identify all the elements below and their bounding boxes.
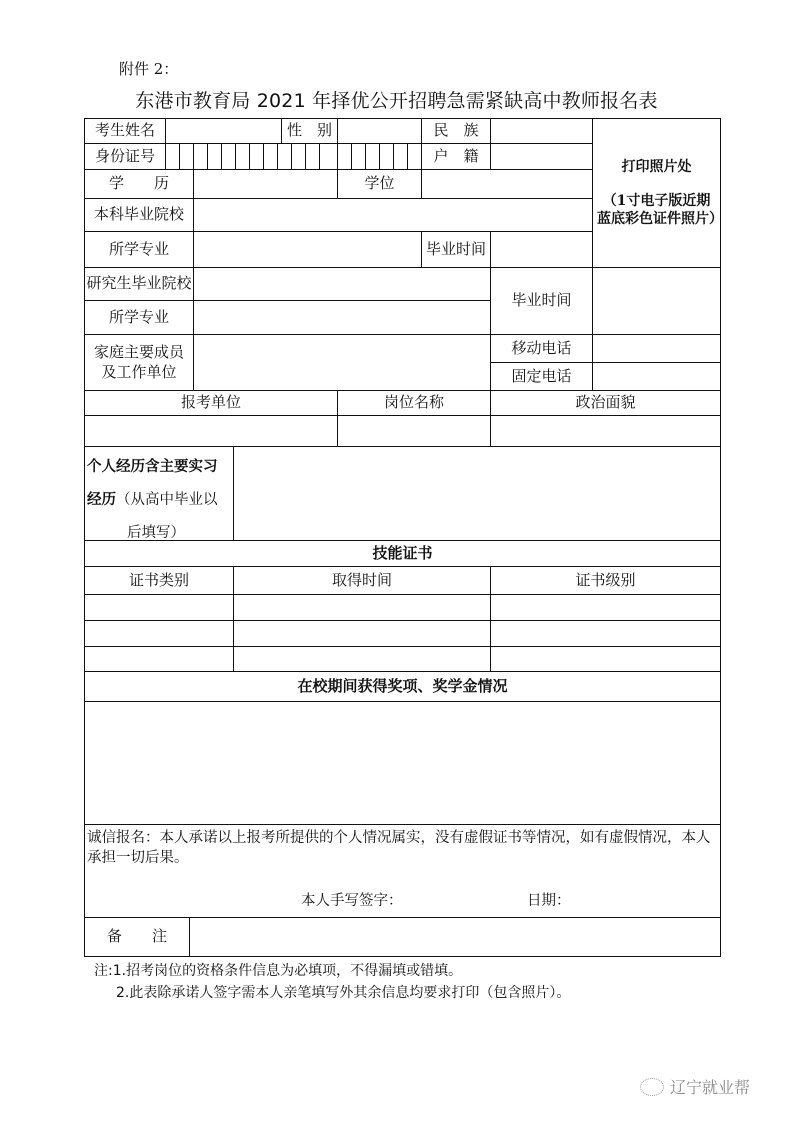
ethnicity-label: 民 族	[421, 118, 491, 144]
education-label: 学 历	[84, 169, 194, 199]
id-digit-cell[interactable]	[291, 143, 306, 170]
note-line-2: 2.此表除承诺人签字需本人亲笔填写外其余信息均要求打印（包含照片）。	[94, 982, 570, 1004]
attachment-label: 附件 2：	[119, 58, 178, 79]
signature-label: 本人手写签字：	[301, 889, 403, 910]
experience-label: 个人经历含主要实习 经历（从高中毕业以 后填写）	[84, 446, 234, 541]
experience-label-rest: （从高中毕业以	[116, 492, 218, 508]
undergrad-major-field[interactable]	[193, 231, 422, 268]
mobile-field[interactable]	[592, 334, 721, 363]
id-digit-cell[interactable]	[305, 143, 320, 170]
hukou-field[interactable]	[490, 143, 593, 170]
family-field[interactable]	[193, 334, 491, 391]
name-field[interactable]	[165, 118, 282, 144]
landline-label: 固定电话	[490, 362, 593, 391]
form-title: 东港市教育局 2021 年择优公开招聘急需紧缺高中教师报名表	[0, 86, 793, 113]
id-digit-cell[interactable]	[351, 143, 366, 170]
watermark: 辽宁就业帮	[640, 1075, 750, 1098]
skills-cell[interactable]	[490, 620, 721, 647]
undergrad-major-label: 所学专业	[84, 231, 194, 268]
skills-cell[interactable]	[233, 594, 491, 621]
id-digit-cell[interactable]	[249, 143, 264, 170]
id-digit-cell[interactable]	[337, 143, 352, 170]
undergrad-grad-time-field[interactable]	[490, 231, 593, 268]
family-label-line1: 家庭主要成员	[94, 343, 184, 363]
id-label: 身份证号	[84, 143, 166, 170]
experience-label-line1: 个人经历含主要实习	[87, 451, 218, 484]
grad-school-field[interactable]	[193, 267, 491, 301]
landline-field[interactable]	[592, 362, 721, 391]
skills-col-time: 取得时间	[233, 566, 491, 595]
experience-label-line2: 经历（从高中毕业以	[87, 484, 218, 517]
skills-cell[interactable]	[490, 646, 721, 672]
position-field[interactable]	[337, 415, 491, 447]
id-digit-cell[interactable]	[235, 143, 250, 170]
family-label: 家庭主要成员 及工作单位	[84, 334, 194, 391]
gender-label: 性 别	[281, 118, 338, 144]
ethnicity-field[interactable]	[490, 118, 593, 144]
undergrad-school-field[interactable]	[193, 198, 593, 232]
degree-field[interactable]	[421, 169, 593, 199]
grad-major-field[interactable]	[193, 300, 491, 335]
degree-label: 学位	[337, 169, 422, 199]
remarks-label: 备 注	[84, 917, 190, 957]
education-field[interactable]	[193, 169, 338, 199]
grad-major-label: 所学专业	[84, 300, 194, 335]
name-label: 考生姓名	[84, 118, 166, 144]
id-digit-cell[interactable]	[407, 143, 422, 170]
id-digit-cell[interactable]	[207, 143, 222, 170]
skills-cell[interactable]	[490, 594, 721, 621]
id-digit-cell[interactable]	[379, 143, 394, 170]
id-digit-cell[interactable]	[365, 143, 380, 170]
id-digit-cell[interactable]	[193, 143, 208, 170]
watermark-text: 辽宁就业帮	[670, 1075, 750, 1098]
wechat-icon	[640, 1078, 664, 1096]
skills-cell[interactable]	[84, 646, 234, 672]
skills-col-level: 证书级别	[490, 566, 721, 595]
id-digit-cell[interactable]	[221, 143, 236, 170]
photo-title: 打印照片处	[622, 158, 692, 176]
awards-title: 在校期间获得奖项、奖学金情况	[84, 671, 721, 702]
pledge-text: 诚信报名：本人承诺以上报考所提供的个人情况属实，没有虚假证书等情况，如有虚假情况…	[87, 828, 718, 868]
experience-field[interactable]	[233, 446, 721, 541]
date-label: 日期：	[527, 889, 571, 910]
skills-cell[interactable]	[84, 594, 234, 621]
id-digit-cell[interactable]	[165, 143, 180, 170]
skills-title: 技能证书	[84, 540, 721, 567]
awards-field[interactable]	[84, 701, 721, 825]
note-line-1: 注:1.招考岗位的资格条件信息为必填项，不得漏填或错填。	[94, 960, 570, 982]
id-digit-cell[interactable]	[393, 143, 408, 170]
skills-cell[interactable]	[233, 620, 491, 647]
id-digit-cell[interactable]	[263, 143, 278, 170]
political-field[interactable]	[490, 415, 721, 447]
hukou-label: 户 籍	[421, 143, 491, 170]
id-digit-cell[interactable]	[179, 143, 194, 170]
apply-unit-label: 报考单位	[84, 390, 338, 416]
political-label: 政治面貌	[490, 390, 721, 416]
family-label-line2: 及工作单位	[101, 363, 176, 383]
photo-description: （1寸电子版近期蓝底彩色证件照片）	[593, 192, 720, 228]
gender-field[interactable]	[337, 118, 422, 144]
mobile-label: 移动电话	[490, 334, 593, 363]
apply-unit-field[interactable]	[84, 415, 338, 447]
grad-school-label: 研究生毕业院校	[84, 267, 194, 301]
position-label: 岗位名称	[337, 390, 491, 416]
grad-grad-time-label: 毕业时间	[490, 267, 593, 335]
photo-box[interactable]: 打印照片处 （1寸电子版近期蓝底彩色证件照片）	[592, 118, 721, 268]
grad-grad-time-field[interactable]	[592, 267, 721, 335]
id-digit-cell[interactable]	[277, 143, 292, 170]
undergrad-school-label: 本科毕业院校	[84, 198, 194, 232]
skills-cell[interactable]	[84, 620, 234, 647]
skills-cell[interactable]	[233, 646, 491, 672]
pledge-box: 诚信报名：本人承诺以上报考所提供的个人情况属实，没有虚假证书等情况，如有虚假情况…	[84, 824, 721, 918]
experience-label-bold: 经历	[87, 492, 116, 508]
remarks-field[interactable]	[189, 917, 721, 957]
undergrad-grad-time-label: 毕业时间	[421, 231, 491, 268]
skills-col-type: 证书类别	[84, 566, 234, 595]
notes: 注:1.招考岗位的资格条件信息为必填项，不得漏填或错填。 2.此表除承诺人签字需…	[94, 960, 570, 1004]
id-digit-cell[interactable]	[319, 143, 338, 170]
